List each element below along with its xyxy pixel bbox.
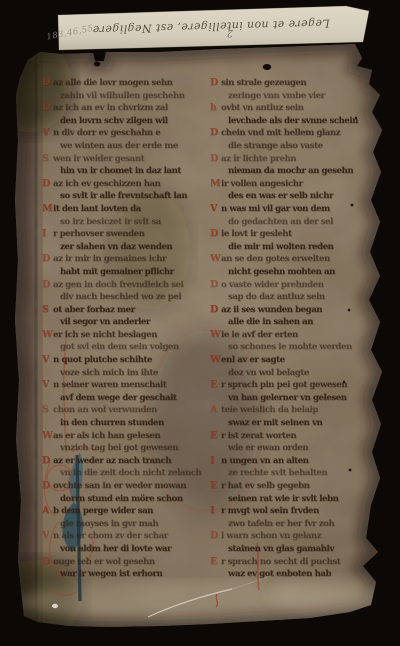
manuscript-line: Douge teb er wol gesehn xyxy=(42,556,202,569)
verse-text: in den churren stunden xyxy=(53,418,164,428)
rubric-initial: W xyxy=(42,430,53,443)
rubric-initial: D xyxy=(210,279,221,292)
manuscript-line: so svlt ir alle frevntschaft lan xyxy=(42,190,202,203)
manuscript-line: Do vaste wider prehnden xyxy=(210,279,373,292)
rubric-initial: V xyxy=(42,354,53,367)
verse-text: vn han gelerner vn gelesen xyxy=(221,393,347,403)
manuscript-line: Die lovt ir gesleht xyxy=(210,228,373,241)
verse-text: n ungen vn an alten xyxy=(221,456,308,466)
text-column-left: Daz alle die lovr mogen sehnzahln vil wi… xyxy=(42,77,202,581)
verse-text: alle die in sahen an xyxy=(221,317,313,327)
verse-text: o vaste wider prehnden xyxy=(221,280,324,290)
rubric-initial: W xyxy=(210,329,221,342)
manuscript-line: wie er ewan orden xyxy=(210,442,373,455)
verse-text: avf dem wege der geschait xyxy=(53,393,177,403)
verse-text: n quot plutche schihte xyxy=(53,355,152,365)
manuscript-line: Ab dem perge wider san xyxy=(42,505,202,518)
verse-text: war ir wegen ist erhorn xyxy=(53,569,162,579)
verse-text: az gen in doch frevndleich sei xyxy=(53,280,183,290)
rubric-initial: S xyxy=(42,153,53,166)
manuscript-line: Ateie weislich da belaip xyxy=(210,404,373,417)
manuscript-line: vnzich tag bei got gewesen xyxy=(42,442,202,455)
verse-text: zahln vil wilhullen geschehn xyxy=(53,91,185,101)
verse-text: r sprach no secht di puchst xyxy=(221,557,340,567)
manuscript-line: zeringe vnn vmbe vier xyxy=(210,90,373,103)
manuscript-line: zahln vil wilhullen geschehn xyxy=(42,90,202,103)
manuscript-line: Dsin strale gezeugen xyxy=(210,77,373,90)
verse-text: zeringe vnn vmbe vier xyxy=(221,91,325,101)
verse-text: r perhovser swenden xyxy=(53,229,144,239)
verse-text: chon an wol verwunden xyxy=(53,405,157,415)
label-secondary-mark: 2 xyxy=(222,27,238,38)
rubric-initial: D xyxy=(42,480,53,493)
verse-text: die strange also vaste xyxy=(221,141,323,151)
rubric-initial: D xyxy=(210,530,221,543)
verse-text: doz vn wol belagte xyxy=(221,368,309,378)
rubric-initial: D xyxy=(42,556,53,569)
manuscript-line: swaz er mit seinen vn xyxy=(210,417,373,430)
manuscript-line: Dchein vnd mit hellem glanz xyxy=(210,127,373,140)
manuscript-line: Vn quot plutche schihte xyxy=(42,354,202,367)
rubric-initial: V xyxy=(210,203,221,216)
manuscript-line: Daz ich an ev in chvrizm zal xyxy=(42,102,202,115)
manuscript-line: vil segor vn anderler xyxy=(42,316,202,329)
manuscript-line: zer slahen vn daz wenden xyxy=(42,241,202,254)
verse-text: so schones ie mohte werden xyxy=(221,342,352,352)
rubric-initial: D xyxy=(42,77,53,90)
manuscript-line: nieman da mochr an gesehn xyxy=(210,165,373,178)
rubric-initial: W xyxy=(210,354,221,367)
verse-text: vil segor vn anderler xyxy=(53,317,150,327)
verse-text: levchade als der svnne schein xyxy=(221,116,358,126)
manuscript-line: sap do daz antluz sein xyxy=(210,291,373,304)
rubric-initial: D xyxy=(42,178,53,191)
manuscript-line: Daz ir lichte prehn xyxy=(210,153,373,166)
verse-text: i warn schon vn gelanz xyxy=(221,531,321,541)
verse-text: r sprach pin pei got gewesen xyxy=(221,380,347,390)
manuscript-line: vn in die zeit doch nicht zelanch xyxy=(42,467,202,480)
rubric-initial: A xyxy=(42,505,53,518)
rubric-initial: E xyxy=(210,480,221,493)
rubric-initial: M xyxy=(210,178,221,191)
rubric-initial: h xyxy=(210,102,221,115)
verse-text: ie lovt ir gesleht xyxy=(221,229,292,239)
verse-text: ir vollen angesichr xyxy=(221,179,303,189)
verse-text: nicht gesehn mohten an xyxy=(221,267,335,277)
manuscript-line: Daz ii ses wunden began xyxy=(210,304,373,317)
verse-text: az ich an ev in chvrizm zal xyxy=(53,103,168,113)
rubric-initial: V xyxy=(42,379,53,392)
manuscript-line: so schones ie mohte werden xyxy=(210,341,373,354)
manuscript-line: Mit den lant lovten da xyxy=(42,203,202,216)
manuscript-line: Daz alle die lovr mogen sehn xyxy=(42,77,202,90)
verse-text: wie er ewan orden xyxy=(221,443,308,453)
manuscript-line: vn han gelerner vn gelesen xyxy=(210,392,373,405)
rubric-initial: W xyxy=(210,253,221,266)
rubric-initial: D xyxy=(210,228,221,241)
manuscript-line: Daz gen in doch frevndleich sei xyxy=(42,279,202,292)
manuscript-line: Er ist zerat worten xyxy=(210,430,373,443)
manuscript-line: Er hat ev selb gegebn xyxy=(210,480,373,493)
verse-text: dorrn stund ein möre schon xyxy=(53,494,183,504)
manuscript-line: des en was er selb nichr xyxy=(210,190,373,203)
verse-text: az ii ses wunden began xyxy=(221,305,322,315)
manuscript-line: voze sich mich im ihte xyxy=(42,367,202,380)
manuscript-line: we winten aus der erde me xyxy=(42,140,202,153)
verse-text: teie weislich da belaip xyxy=(221,405,318,415)
rubric-initial: E xyxy=(210,430,221,443)
manuscript-line: zwo tafeln er her fvr zoh xyxy=(210,518,373,531)
rubric-initial: W xyxy=(42,329,53,342)
verse-text: r hat ev selb gegebn xyxy=(221,481,310,491)
verse-text: waz ev got enboten hab xyxy=(221,569,331,579)
verse-text: az alle die lovr mogen sehn xyxy=(53,78,172,88)
verse-text: an se den gotes erwelten xyxy=(221,254,330,264)
manuscript-line: gie moyses in gvr mah xyxy=(42,518,202,531)
manuscript-line: div nach beschied wo ze pei xyxy=(42,291,202,304)
manuscript-line: doz vn wol belagte xyxy=(210,367,373,380)
verse-text: az ir lichte prehn xyxy=(221,154,296,164)
verse-text: hin vn ir chomet in daz lant xyxy=(53,166,181,176)
manuscript-line: die strange also vaste xyxy=(210,140,373,153)
manuscript-line: in den churren stunden xyxy=(42,417,202,430)
manuscript-photo: Legere et non intelligere, est Negligere… xyxy=(0,0,400,646)
rubric-initial: D xyxy=(210,127,221,140)
manuscript-line: Schon an wol verwunden xyxy=(42,404,202,417)
verse-text: gie moyses in gvr mah xyxy=(53,519,158,529)
manuscript-line: Vn div dorr ev geschahn e xyxy=(42,127,202,140)
manuscript-line: Wenl av er sagte xyxy=(210,354,373,367)
verse-text: so svlt ir alle frevntschaft lan xyxy=(53,191,187,201)
verse-text: b dem perge wider san xyxy=(53,506,153,516)
verse-text: ot aber forbaz mer xyxy=(53,305,135,315)
manuscript-line: Wie ie avf der erten xyxy=(210,329,373,342)
manuscript-line: Vn als er chom zv der schar xyxy=(42,530,202,543)
verse-text: die mir mi wolten reden xyxy=(221,242,333,252)
verse-text: div nach beschied wo ze pei xyxy=(53,292,181,302)
verse-text: it den lant lovten da xyxy=(53,204,141,214)
manuscript-line: Swen ir weider gesant xyxy=(42,153,202,166)
verse-text: n was mi vil gar von dem xyxy=(221,204,330,214)
manuscript-line: Di warn schon vn gelanz xyxy=(210,530,373,543)
manuscript-line: den lovrn schv zilgen wil xyxy=(42,115,202,128)
verse-text: des en was er selb nichr xyxy=(221,191,333,201)
rubric-initial: S xyxy=(42,304,53,317)
manuscript-line: so irz besiczet ir svlt sa xyxy=(42,216,202,229)
verse-text: den lovrn schv zilgen wil xyxy=(53,116,168,126)
rubric-initial: D xyxy=(210,77,221,90)
manuscript-line: Mir vollen angesichr xyxy=(210,178,373,191)
rubric-initial: I xyxy=(210,455,221,468)
verse-text: so irz besiczet ir svlt sa xyxy=(53,217,161,227)
manuscript-line: got svl ein dem sein volgen xyxy=(42,341,202,354)
verse-text: enl av er sagte xyxy=(221,355,285,365)
rubric-initial: D xyxy=(210,153,221,166)
verse-text: ze rechte svlt behalten xyxy=(221,468,327,478)
manuscript-line: dorrn stund ein möre schon xyxy=(42,493,202,506)
rubric-initial: M xyxy=(42,203,53,216)
verse-text: do gedachten an der sel xyxy=(221,217,333,227)
verse-text: habt mit gemainer pflichr xyxy=(53,267,174,277)
rubric-initial: V xyxy=(42,530,53,543)
rubric-initial: D xyxy=(42,102,53,115)
rubric-initial: E xyxy=(210,379,221,392)
rubric-initial: A xyxy=(210,404,221,417)
verse-text: nieman da mochr an gesehn xyxy=(221,166,353,176)
verse-text: r ist zerat worten xyxy=(221,431,296,441)
verse-text: as er als ich han gelesen xyxy=(53,431,160,441)
manuscript-line: Er sprach pin pei got gewesen xyxy=(210,379,373,392)
verse-text: ouge teb er wol gesehn xyxy=(53,557,155,567)
rubric-initial: D xyxy=(210,304,221,317)
verse-text: az ich ev geschizzen han xyxy=(53,179,160,189)
rubric-initial: S xyxy=(42,404,53,417)
rubric-initial: V xyxy=(42,127,53,140)
verse-text: ovchte san in er weder mowan xyxy=(53,481,186,491)
manuscript-line: waz ev got enboten hab xyxy=(210,568,373,581)
verse-text: zwo tafeln er her fvr zoh xyxy=(221,519,334,529)
rubric-initial: I xyxy=(42,228,53,241)
manuscript-line: avf dem wege der geschait xyxy=(42,392,202,405)
manuscript-line: Vn seiner waren menschait xyxy=(42,379,202,392)
manuscript-line: Vn was mi vil gar von dem xyxy=(210,203,373,216)
verse-text: seinen rat wie ir svlt lebn xyxy=(221,494,338,504)
manuscript-line: von aldm her di lovte war xyxy=(42,543,202,556)
manuscript-line: Dovchte san in er weder mowan xyxy=(42,480,202,493)
manuscript-line: Daz ich ev geschizzen han xyxy=(42,178,202,191)
verse-text: stainen vn glas gamahiv xyxy=(221,544,334,554)
rubric-initial: D xyxy=(42,455,53,468)
manuscript-line: hin vn ir chomet in daz lant xyxy=(42,165,202,178)
verse-text: zer slahen vn daz wenden xyxy=(53,242,172,252)
verse-text: n als er chom zv der schar xyxy=(53,531,168,541)
verse-text: az ir mir in gemaines ichr xyxy=(53,254,166,264)
verse-text: ovbt vn antluz sein xyxy=(221,103,303,113)
manuscript-line: Daz ir mir in gemaines ichr xyxy=(42,253,202,266)
verse-text: swaz er mit seinen vn xyxy=(221,418,322,428)
verse-text: we winten aus der erde me xyxy=(53,141,178,151)
rubric-initial: D xyxy=(42,253,53,266)
manuscript-line: die mir mi wolten reden xyxy=(210,241,373,254)
manuscript-line: hovbt vn antluz sein xyxy=(210,102,373,115)
manuscript-line: nicht gesehn mohten an xyxy=(210,266,373,279)
verse-text: sap do daz antluz sein xyxy=(221,292,325,302)
verse-text: vn in die zeit doch nicht zelanch xyxy=(53,468,201,478)
rubric-initial: D xyxy=(42,279,53,292)
manuscript-line: alle die in sahen an xyxy=(210,316,373,329)
manuscript-line: Wer ich se nicht beslagen xyxy=(42,329,202,342)
manuscript-line: habt mit gemainer pflichr xyxy=(42,266,202,279)
verse-text: n div dorr ev geschahn e xyxy=(53,128,160,138)
manuscript-line: Wan se den gotes erwelten xyxy=(210,253,373,266)
verse-text: chein vnd mit hellem glanz xyxy=(221,128,340,138)
verse-text: wen ir weider gesant xyxy=(53,154,144,164)
verse-text: er ich se nicht beslagen xyxy=(53,330,157,340)
rubric-initial: I xyxy=(210,505,221,518)
verse-text: voze sich mich im ihte xyxy=(53,368,158,378)
verse-text: n seiner waren menschait xyxy=(53,380,166,390)
verse-text: got svl ein dem sein volgen xyxy=(53,342,179,352)
manuscript-line: do gedachten an der sel xyxy=(210,216,373,229)
manuscript-line: Ir perhovser swenden xyxy=(42,228,202,241)
manuscript-line: levchade als der svnne schein xyxy=(210,115,373,128)
verse-text: az er weder az nach tranch xyxy=(53,456,171,466)
manuscript-line: Ir mvgt wol sein frvden xyxy=(210,505,373,518)
rubric-initial: E xyxy=(210,556,221,569)
manuscript-line: Er sprach no secht di puchst xyxy=(210,556,373,569)
manuscript-line: seinen rat wie ir svlt lebn xyxy=(210,493,373,506)
manuscript-line: war ir wegen ist erhorn xyxy=(42,568,202,581)
verse-text: vnzich tag bei got gewesen xyxy=(53,443,178,453)
verse-text: von aldm her di lovte war xyxy=(53,544,171,554)
manuscript-line: In ungen vn an alten xyxy=(210,455,373,468)
manuscript-line: ze rechte svlt behalten xyxy=(210,467,373,480)
manuscript-line: Sot aber forbaz mer xyxy=(42,304,202,317)
manuscript-line: stainen vn glas gamahiv xyxy=(210,543,373,556)
manuscript-line: Was er als ich han gelesen xyxy=(42,430,202,443)
verse-text: r mvgt wol sein frvden xyxy=(221,506,319,516)
manuscript-line: Daz er weder az nach tranch xyxy=(42,455,202,468)
text-column-right: Dsin strale gezeugenzeringe vnn vmbe vie… xyxy=(210,77,373,581)
verse-text: sin strale gezeugen xyxy=(221,78,306,88)
verse-text: ie ie avf der erten xyxy=(221,330,298,340)
